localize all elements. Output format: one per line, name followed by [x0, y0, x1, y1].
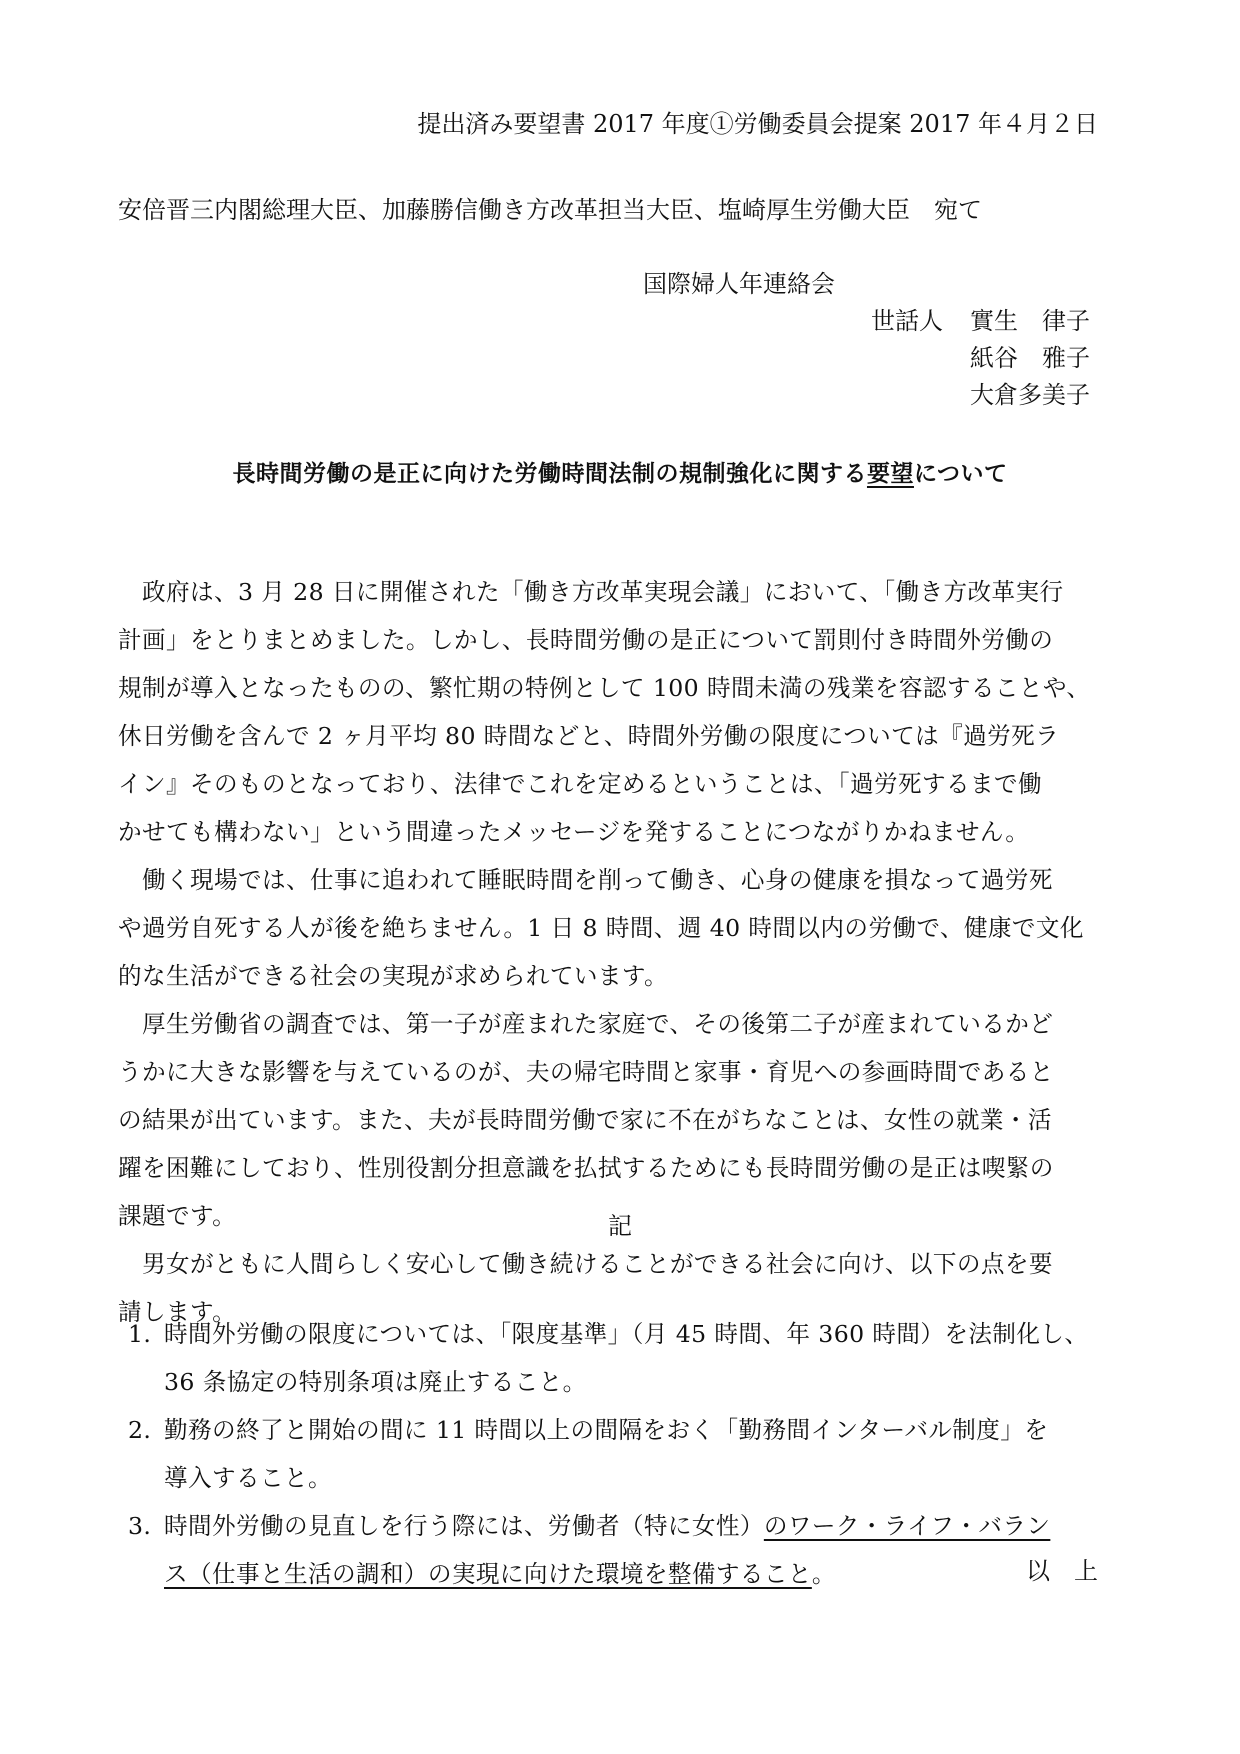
requests-list: 1.時間外労働の限度については、「限度基準」（月 45 時間、年 360 時間）… [118, 1310, 1098, 1598]
paragraph-2-line-3: 的な生活ができる社会の実現が求められています。 [118, 952, 1098, 1000]
paragraph-2-line-1: 働く現場では、仕事に追われて睡眠時間を削って働き、心身の健康を損なって過労死 [118, 856, 1098, 904]
request-text-line-1: 時間外労働の限度については、「限度基準」（月 45 時間、年 360 時間）を法… [164, 1320, 1088, 1348]
paragraph-1-line-6: かせても構わない」という間違ったメッセージを発することにつながりかねません。 [118, 808, 1098, 856]
paragraph-3-line-3: の結果が出ています。また、夫が長時間労働で家に不在がちなことは、女性の就業・活 [118, 1096, 1098, 1144]
paragraph-1-line-4: 休日労働を含んで 2 ヶ月平均 80 時間などと、時間外労働の限度については『過… [118, 712, 1098, 760]
paragraph-1-line-1: 政府は、3 月 28 日に開催された「働き方改革実現会議」において、「働き方改革… [118, 568, 1098, 616]
request-number: 1. [118, 1310, 164, 1358]
paragraph-3-line-1: 厚生労働省の調査では、第一子が産まれた家庭で、その後第二子が産まれているかど [118, 1000, 1098, 1048]
title-text: 長時間労働の是正に向けた労働時間法制の規制強化に関する [232, 461, 867, 487]
paragraph-1-line-5: イン』そのものとなっており、法律でこれを定めるということは、「過労死するまで働 [118, 760, 1098, 808]
sender-role: 世話人 [871, 305, 943, 337]
request-item-3: 3.時間外労働の見直しを行う際には、労働者（特に女性）のワーク・ライフ・バラン … [118, 1502, 1098, 1598]
closing-mark: 以 上 [1026, 1555, 1098, 1587]
request-text-line-2: 導入すること。 [118, 1454, 1098, 1502]
paragraph-4-line-1: 男女がともに人間らしく安心して働き続けることができる社会に向け、以下の点を要 [118, 1240, 1098, 1288]
paragraph-3-line-2: うかに大きな影響を与えているのが、夫の帰宅時間と家事・育児への参画時間であると [118, 1048, 1098, 1096]
sender-name-3: 大倉多美子 [970, 379, 1090, 411]
request-underlined-text-line-2: ス（仕事と生活の調和）の実現に向けた環境を整備すること [164, 1560, 812, 1588]
paragraph-3-line-4: 躍を困難にしており、性別役割分担意識を払拭するためにも長時間労働の是正は喫緊の [118, 1144, 1098, 1192]
title-underlined-text: 要望 [867, 461, 914, 487]
title-suffix: について [914, 461, 1008, 487]
request-text-tail: 。 [812, 1560, 836, 1588]
paragraph-2-line-2: や過労自死する人が後を絶ちません。1 日 8 時間、週 40 時間以内の労働で、… [118, 904, 1098, 952]
request-text-line-1: 勤務の終了と開始の間に 11 時間以上の間隔をおく「勤務間インターバル制度」を [164, 1416, 1048, 1444]
addressees-line: 安倍晋三内閣総理大臣、加藤勝信働き方改革担当大臣、塩崎厚生労働大臣 宛て [118, 194, 982, 226]
request-item-2: 2.勤務の終了と開始の間に 11 時間以上の間隔をおく「勤務間インターバル制度」… [118, 1406, 1098, 1502]
sender-organization: 国際婦人年連絡会 [643, 268, 835, 300]
document-title: 長時間労働の是正に向けた労働時間法制の規制強化に関する要望について [0, 458, 1240, 490]
request-text-line-2: 36 条協定の特別条項は廃止すること。 [118, 1358, 1098, 1406]
record-mark: 記 [0, 1210, 1240, 1242]
request-item-1: 1.時間外労働の限度については、「限度基準」（月 45 時間、年 360 時間）… [118, 1310, 1098, 1406]
document-page: 提出済み要望書 2017 年度①労働委員会提案 2017 年４月２日 安倍晋三内… [0, 0, 1240, 1754]
paragraph-1-line-2: 計画」をとりまとめました。しかし、長時間労働の是正について罰則付き時間外労働の [118, 616, 1098, 664]
sender-name-1: 實生 律子 [970, 305, 1090, 337]
sender-name-2: 紙谷 雅子 [970, 342, 1090, 374]
paragraph-1-line-3: 規制が導入となったものの、繁忙期の特例として 100 時間未満の残業を容認するこ… [118, 664, 1098, 712]
request-number: 2. [118, 1406, 164, 1454]
request-underlined-text: のワーク・ライフ・バラン [764, 1512, 1051, 1540]
request-text-line-1: 時間外労働の見直しを行う際には、労働者（特に女性） [164, 1512, 764, 1540]
submission-line: 提出済み要望書 2017 年度①労働委員会提案 2017 年４月２日 [417, 108, 1098, 140]
request-number: 3. [118, 1502, 164, 1550]
